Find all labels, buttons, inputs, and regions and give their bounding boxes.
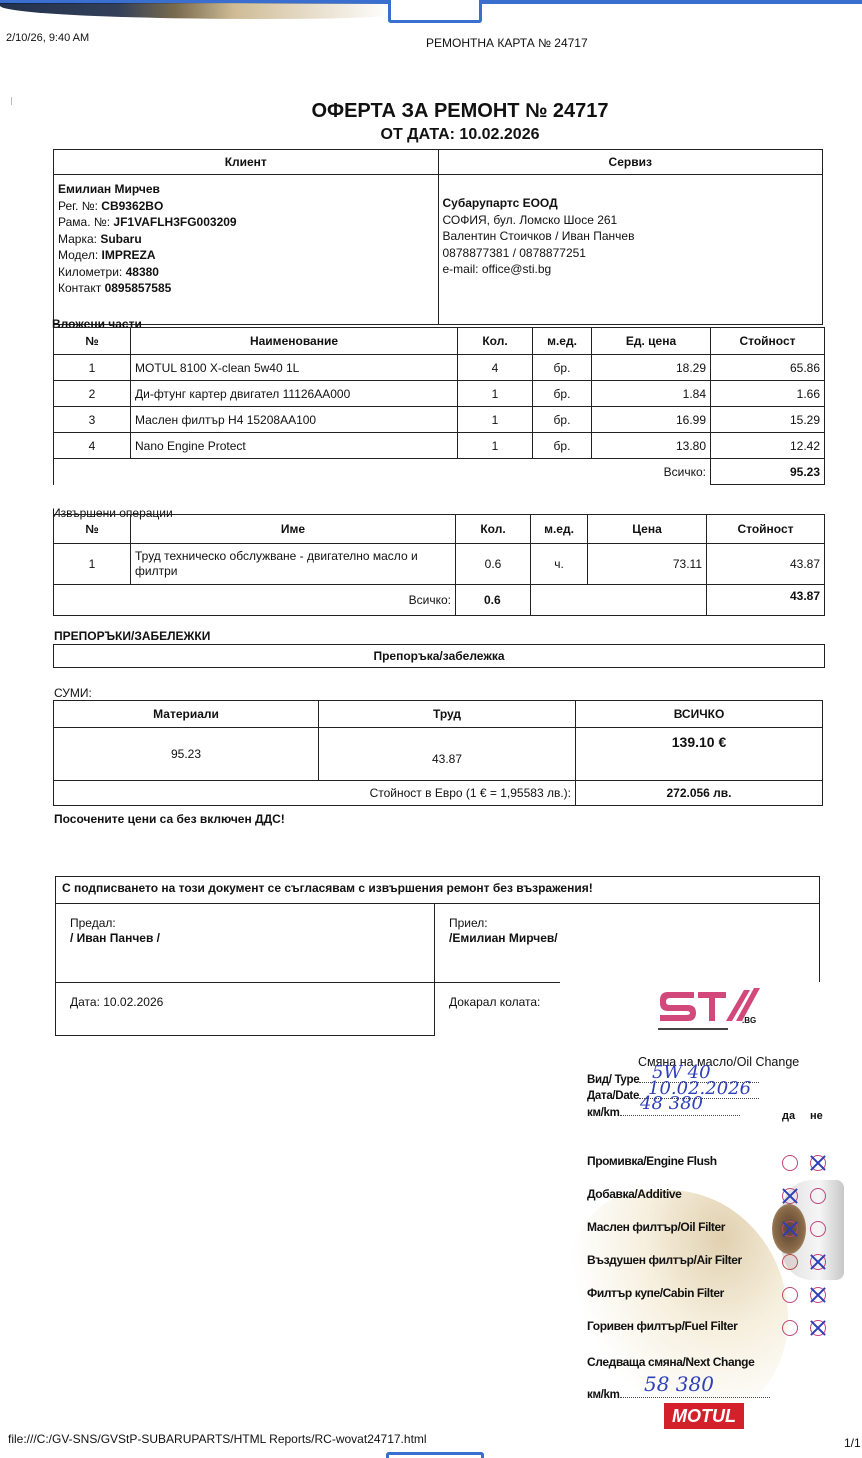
part-total: 15.29 — [711, 407, 825, 433]
part-no: 3 — [54, 407, 131, 433]
bottom-tab-indicator[interactable] — [386, 1452, 484, 1458]
sums-total-header: ВСИЧКО — [576, 701, 823, 728]
part-name: MOTUL 8100 X-clean 5w40 1L — [131, 355, 458, 381]
client-name: Емилиан Мирчев — [58, 181, 434, 198]
operation-name: Труд техническо обслужване - двигателно … — [131, 544, 456, 585]
received-by-name: /Емилиан Мирчев/ — [449, 931, 805, 946]
top-tab-indicator[interactable] — [388, 0, 482, 23]
sums-materials-header: Материали — [54, 701, 319, 728]
yes-column-label: да — [782, 1110, 795, 1122]
operation-no: 1 — [54, 544, 131, 585]
part-no: 2 — [54, 381, 131, 407]
col-price: Цена — [588, 515, 707, 544]
client-contact: Контакт 0895857585 — [58, 280, 434, 297]
footer-url: file:///C:/GV-SNS/GVStP-SUBARUPARTS/HTML… — [8, 1432, 427, 1446]
checklist-item-label: Въздушен филтър/Air Filter — [587, 1253, 742, 1267]
sums-materials-value: 95.23 — [54, 728, 319, 781]
part-total: 12.42 — [711, 433, 825, 459]
yes-checked-circle-icon[interactable] — [782, 1221, 798, 1237]
client-header: Клиент — [54, 150, 439, 175]
yes-circle-icon[interactable] — [782, 1155, 798, 1171]
part-no: 1 — [54, 355, 131, 381]
col-total: Стойност — [711, 328, 825, 355]
part-total: 65.86 — [711, 355, 825, 381]
part-unit: бр. — [533, 381, 592, 407]
page-number: 1/1 — [844, 1436, 861, 1450]
service-header: Сервиз — [438, 150, 823, 175]
client-km: Километри: 48380 — [58, 264, 434, 281]
handed-by-label: Предал: — [70, 916, 420, 931]
no-column-label: не — [810, 1110, 823, 1122]
client-reg: Рег. №: CB9362BO — [58, 198, 434, 215]
client-vin: Рама. №: JF1VAFLH3FG003209 — [58, 214, 434, 231]
col-unit-price: Ед. цена — [592, 328, 711, 355]
no-checked-circle-icon[interactable] — [810, 1287, 826, 1303]
vat-note: Посочените цени са без включен ДДС! — [54, 812, 285, 826]
parts-total-value: 95.23 — [711, 459, 825, 485]
operations-total-spacer — [531, 585, 707, 616]
part-qty: 1 — [458, 433, 533, 459]
no-checked-circle-icon[interactable] — [810, 1254, 826, 1270]
parts-table: № Наименование Кол. м.ед. Ед. цена Стойн… — [53, 327, 825, 485]
operations-total-label: Всичко: — [54, 585, 456, 616]
col-total: Стойност — [707, 515, 825, 544]
recommendations-box: Препоръка/забележка — [53, 644, 825, 668]
col-qty: Кол. — [458, 328, 533, 355]
operations-total-value: 43.87 — [707, 585, 825, 616]
part-name: Ди-фтунг картер двигател 11126AA000 — [131, 381, 458, 407]
client-details: Емилиан Мирчев Рег. №: CB9362BO Рама. №:… — [54, 175, 439, 325]
operations-table: № Име Кол. м.ед. Цена Стойност 1Труд тех… — [53, 514, 825, 616]
col-name: Наименование — [131, 328, 458, 355]
part-qty: 4 — [458, 355, 533, 381]
km-handwritten: 48 380 — [640, 1093, 703, 1114]
sti-domain: .BG — [742, 1016, 756, 1025]
part-unit: бр. — [533, 433, 592, 459]
next-change-label: Следваща смяна/Next Change — [587, 1355, 754, 1369]
no-checked-circle-icon[interactable] — [810, 1320, 826, 1336]
part-no: 4 — [54, 433, 131, 459]
col-unit: м.ед. — [531, 515, 588, 544]
service-details: Субарупартс ЕООД СОФИЯ, бул. Ломско Шосе… — [438, 175, 823, 325]
col-unit: м.ед. — [533, 328, 592, 355]
sums-total-value: 139.10 € — [576, 728, 823, 781]
no-circle-icon[interactable] — [810, 1221, 826, 1237]
part-unit-price: 18.29 — [592, 355, 711, 381]
part-total: 1.66 — [711, 381, 825, 407]
col-no: № — [54, 328, 131, 355]
service-company: Субарупартс ЕООД — [443, 195, 819, 212]
checklist-item-label: Промивка/Engine Flush — [587, 1154, 717, 1168]
service-phones: 0878877381 / 0878877251 — [443, 245, 819, 262]
sums-section-label: СУМИ: — [54, 686, 92, 700]
parts-row: 4Nano Engine Protect1бр.13.8012.42 — [54, 433, 825, 459]
operation-row: 1Труд техническо обслужване - двигателно… — [54, 544, 825, 585]
received-by-cell: Приел: /Емилиан Мирчев/ — [435, 904, 820, 983]
checklist-item-label: Маслен филтър/Oil Filter — [587, 1220, 725, 1234]
operation-unit: ч. — [531, 544, 588, 585]
handed-by-name: / Иван Панчев / — [70, 931, 420, 946]
operation-qty: 0.6 — [456, 544, 531, 585]
recommendations-section-label: ПРЕПОРЪКИ/ЗАБЕЛЕЖКИ — [54, 629, 210, 643]
part-name: Маслен филтър H4 15208AA100 — [131, 407, 458, 433]
agreement-text: С подписването на този документ се съгла… — [56, 877, 820, 904]
handed-by-cell: Предал: / Иван Панчев / — [56, 904, 435, 983]
part-unit-price: 13.80 — [592, 433, 711, 459]
sums-conversion-label: Стойност в Евро (1 € = 1,95583 лв.): — [54, 781, 576, 806]
service-email: e-mail: office@sti.bg — [443, 261, 819, 278]
yes-circle-icon[interactable] — [782, 1320, 798, 1336]
col-qty: Кол. — [456, 515, 531, 544]
photo-artifact — [0, 3, 390, 19]
operation-total: 43.87 — [707, 544, 825, 585]
yes-checked-circle-icon[interactable] — [782, 1188, 798, 1204]
no-circle-icon[interactable] — [810, 1188, 826, 1204]
sums-table: Материали Труд ВСИЧКО 95.23 43.87 139.10… — [53, 700, 823, 806]
checklist-item-label: Добавка/Additive — [587, 1187, 681, 1201]
print-datetime: 2/10/26, 9:40 AM — [6, 32, 89, 44]
parts-row: 1MOTUL 8100 X-clean 5w40 1L4бр.18.2965.8… — [54, 355, 825, 381]
parts-total-label: Всичко: — [54, 459, 711, 485]
sums-labor-header: Труд — [319, 701, 576, 728]
parts-row: 2Ди-фтунг картер двигател 11126AA0001бр.… — [54, 381, 825, 407]
yes-circle-icon[interactable] — [782, 1287, 798, 1303]
parts-row: 3Маслен филтър H4 15208AA1001бр.16.9915.… — [54, 407, 825, 433]
service-address: СОФИЯ, бул. Ломско Шосе 261 — [443, 212, 819, 229]
client-model: Модел: IMPREZA — [58, 247, 434, 264]
sti-tagline — [658, 1028, 728, 1030]
sums-labor-value: 43.87 — [319, 728, 576, 781]
received-by-label: Приел: — [449, 916, 805, 931]
date-cell: Дата: 10.02.2026 — [56, 983, 435, 1036]
col-no: № — [54, 515, 131, 544]
part-qty: 1 — [458, 407, 533, 433]
part-unit: бр. — [533, 355, 592, 381]
operation-price: 73.11 — [588, 544, 707, 585]
document-date: ОТ ДАТА: 10.02.2026 — [0, 126, 862, 144]
checklist-item-label: Филтър купе/Cabin Filter — [587, 1286, 724, 1300]
part-qty: 1 — [458, 381, 533, 407]
part-unit-price: 1.84 — [592, 381, 711, 407]
operations-total-qty: 0.6 — [456, 585, 531, 616]
client-make: Марка: Subaru — [58, 231, 434, 248]
col-name: Име — [131, 515, 456, 544]
motul-logo: MOTUL — [664, 1403, 744, 1429]
document-title: ОФЕРТА ЗА РЕМОНТ № 24717 — [0, 100, 862, 123]
next-km-handwritten: 58 380 — [644, 1372, 714, 1396]
part-name: Nano Engine Protect — [131, 433, 458, 459]
sums-conversion-value: 272.056 лв. — [576, 781, 823, 806]
checklist-item-label: Горивен филтър/Fuel Filter — [587, 1319, 737, 1333]
client-service-table: Клиент Сервиз Емилиан Мирчев Рег. №: CB9… — [53, 149, 823, 325]
no-checked-circle-icon[interactable] — [810, 1155, 826, 1171]
print-page-title: РЕМОНТНА КАРТА № 24717 — [426, 36, 588, 50]
oil-change-sticker: .BG Смяна на масло/Oil Change Вид/ Type … — [560, 982, 862, 1444]
service-people: Валентин Стоичков / Иван Панчев — [443, 228, 819, 245]
part-unit-price: 16.99 — [592, 407, 711, 433]
part-unit: бр. — [533, 407, 592, 433]
yes-circle-icon[interactable] — [782, 1254, 798, 1270]
